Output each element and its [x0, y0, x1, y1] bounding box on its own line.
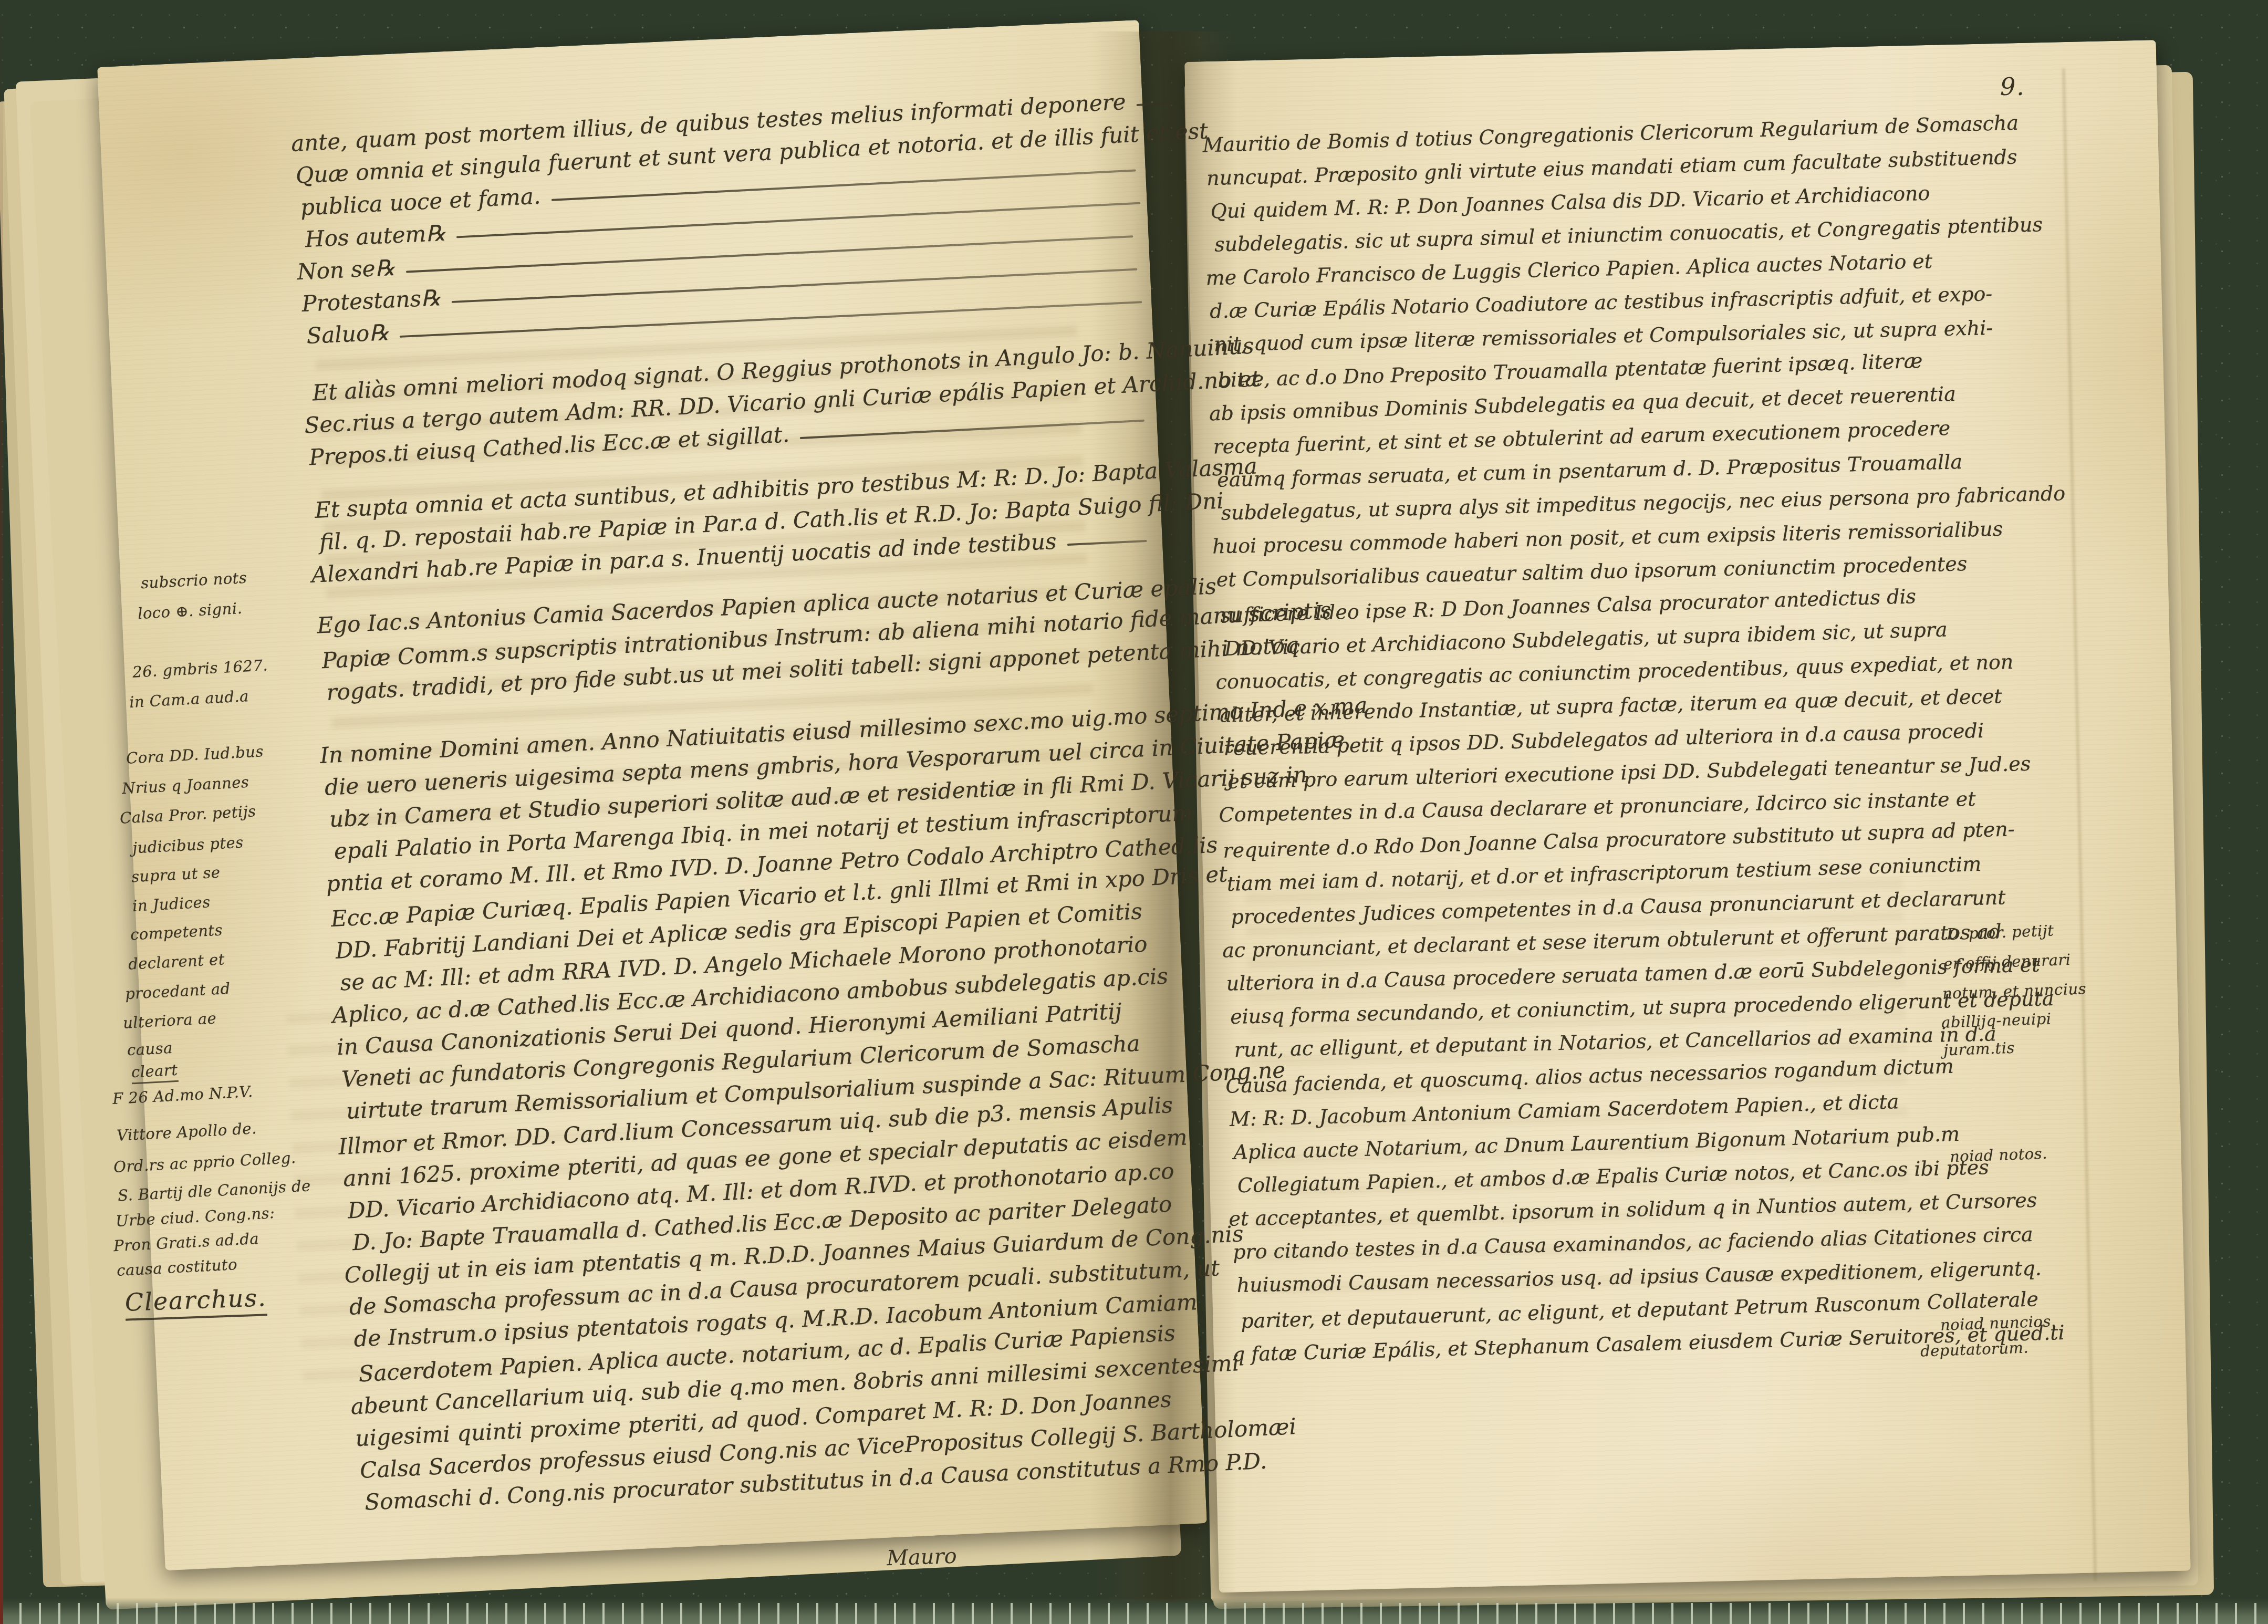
catchword: Mauro — [886, 1544, 957, 1571]
ruler-ticks — [0, 1603, 2268, 1624]
scan-edge-artifact — [0, 0, 3, 1624]
margin-signature: Clearchus. — [124, 1283, 267, 1320]
margin-note: causa — [127, 1039, 173, 1059]
manuscript-photo: ante, quam post mortem illius, de quibus… — [0, 0, 2268, 1624]
margin-note: deputatorum. — [1920, 1338, 2028, 1360]
margin-note: cleart — [131, 1061, 178, 1085]
manuscript-line-text: Non se℞ — [297, 255, 396, 285]
margin-note: noiad notos. — [1949, 1144, 2047, 1165]
margin-note: abillijq-neuipi — [1941, 1009, 2052, 1031]
ink-rule — [1067, 540, 1147, 546]
manuscript-line-text: Saluo℞ — [306, 319, 389, 349]
margin-note: juram.tis — [1943, 1039, 2015, 1059]
page-number: 9. — [2000, 72, 2025, 101]
margin-note: D. pror. petijt — [1946, 921, 2054, 943]
measurement-ruler — [0, 1598, 2268, 1624]
